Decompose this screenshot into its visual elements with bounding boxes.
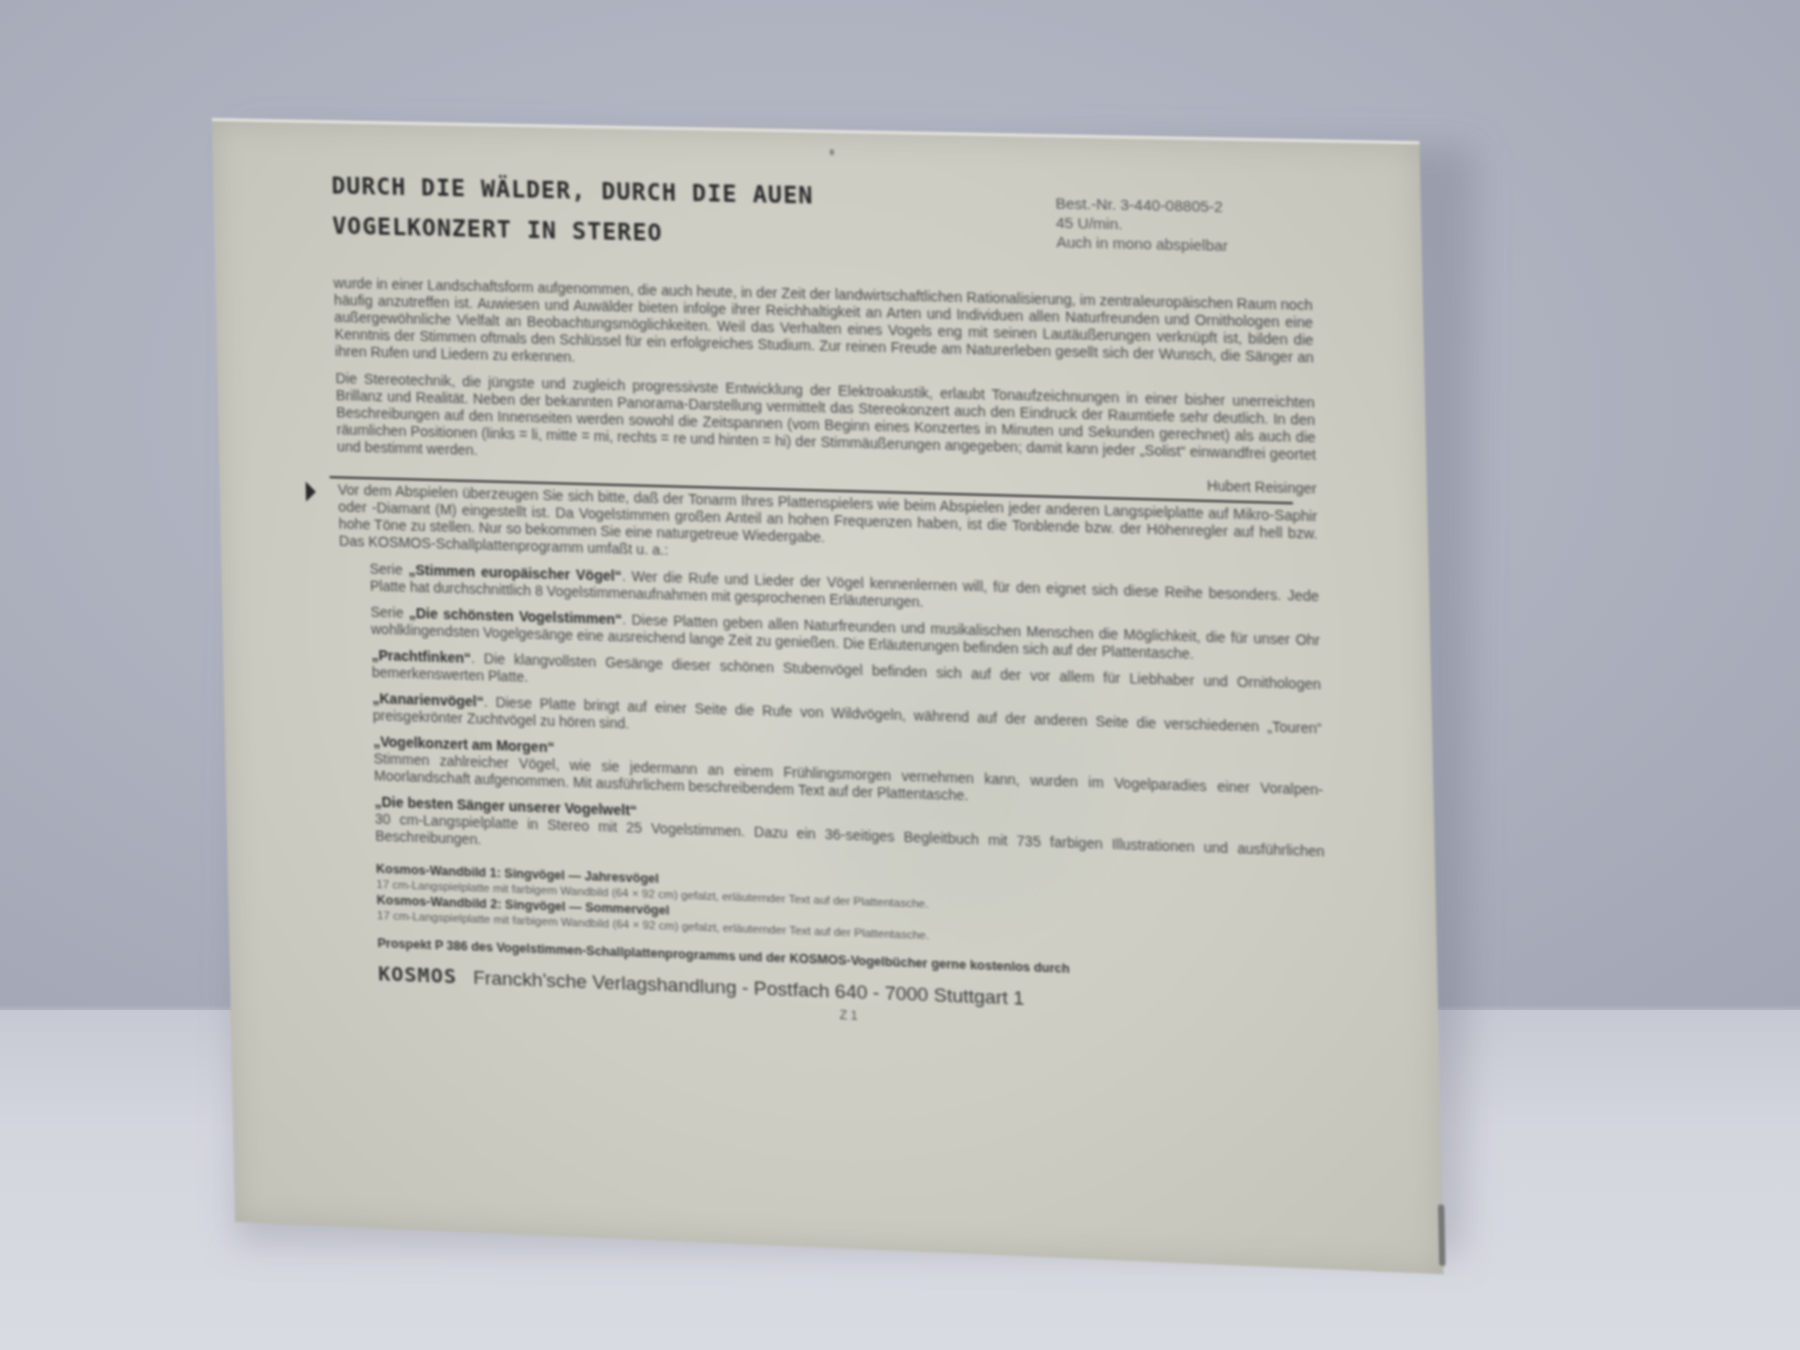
sleeve-header: DURCH DIE WÄLDER, DURCH DIE AUEN VOGELKO… [331,173,1312,261]
corner-wear [1438,1204,1446,1266]
kosmos-logo: KOSMOS [378,961,457,988]
intro-paragraph: wurde in einer Landschaftsform aufgenomm… [333,276,1314,385]
title-line-2: VOGELKONZERT IN STEREO [332,214,815,251]
mono-note: Auch in mono abspielbar [1056,233,1312,258]
catalog-list: Serie „Stimmen europäischer Vögel“. Wer … [339,560,1328,1041]
catalog-meta: Best.-Nr. 3-440-08805-2 45 U/min. Auch i… [1055,194,1311,261]
title-line-1: DURCH DIE WÄLDER, DURCH DIE AUEN [331,173,813,209]
sleeve-mark [830,149,834,155]
title-block: DURCH DIE WÄLDER, DURCH DIE AUEN VOGELKO… [331,173,814,250]
arrow-marker-icon [306,482,316,502]
entry-title: „Prachtfinken“ [371,647,471,666]
record-sleeve-back: DURCH DIE WÄLDER, DURCH DIE AUEN VOGELKO… [212,118,1444,1274]
sleeve-content: DURCH DIE WÄLDER, DURCH DIE AUEN VOGELKO… [331,173,1328,1040]
